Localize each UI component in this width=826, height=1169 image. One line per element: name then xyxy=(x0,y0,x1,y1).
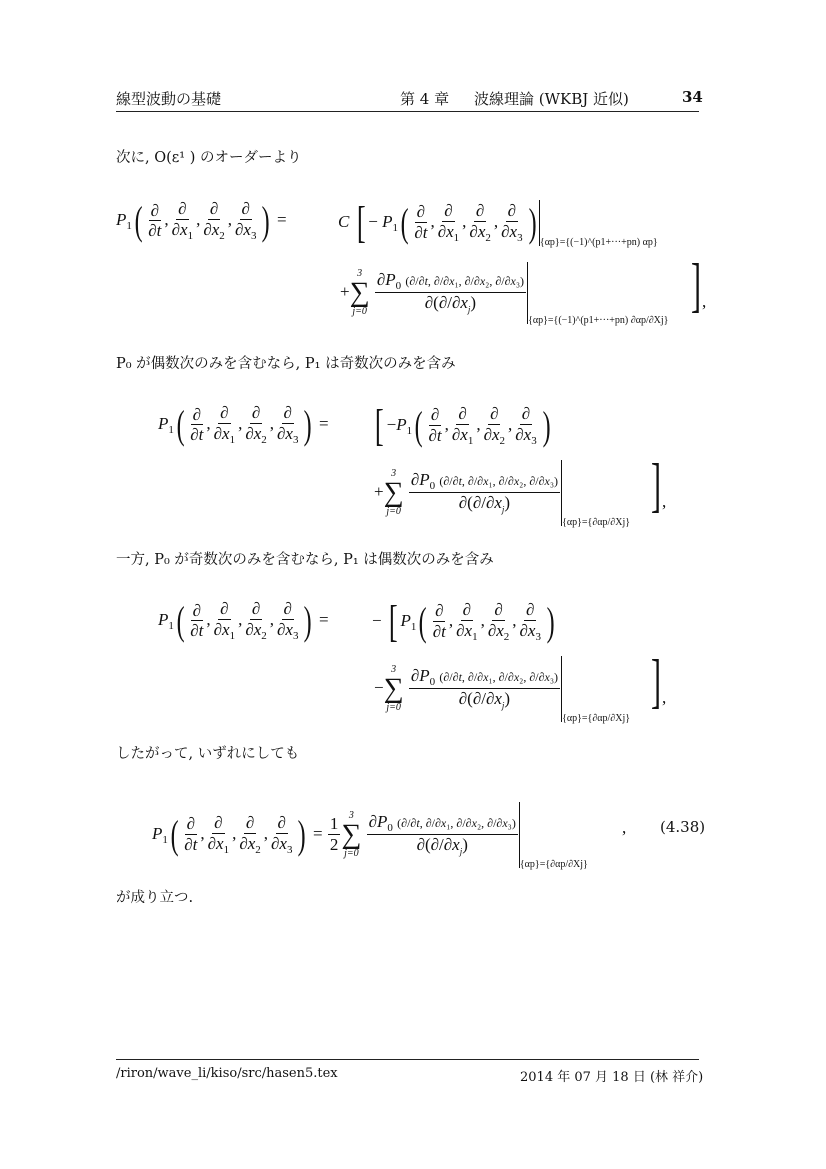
running-title: 線型波動の基礎 xyxy=(116,88,221,109)
equation-1-lhs: P1(∂∂t,∂∂x1,∂∂x2,∂∂x3) = xyxy=(116,200,287,242)
equation-number: (4.38) xyxy=(660,818,705,836)
header-rule xyxy=(116,111,699,112)
equation-3-line1: − [P1(∂∂t,∂∂x1,∂∂x2,∂∂x3) xyxy=(372,600,557,644)
paragraph-even-case: P₀ が偶数次のみを含むなら, P₁ は奇数次のみを含み xyxy=(116,352,456,373)
equation-4-comma: , xyxy=(622,818,626,838)
equation-3-lhs: P1(∂∂t,∂∂x1,∂∂x2,∂∂x3) = xyxy=(158,600,329,642)
paragraph-therefore: したがって, いずれにしても xyxy=(116,742,299,763)
equation-1-line1: C [− P1(∂∂t,∂∂x1,∂∂x2,∂∂x3){αp}={(−1)^(p… xyxy=(338,200,658,248)
equation-2-close-bracket: ] xyxy=(651,455,661,515)
equation-3-condition: {αp}={∂αp/∂Xj} xyxy=(562,713,630,724)
equation-1-comma: , xyxy=(702,292,706,312)
date-author: 2014 年 07 月 18 日 (林 祥介) xyxy=(520,1066,703,1085)
footer-rule xyxy=(116,1059,699,1060)
equation-2-line1: [−P1(∂∂t,∂∂x1,∂∂x2,∂∂x3) xyxy=(372,404,553,448)
chapter-title: 波線理論 (WKBJ 近似) xyxy=(474,88,629,109)
chapter-label: 第 4 章 xyxy=(400,88,449,109)
equation-2-lhs: P1(∂∂t,∂∂x1,∂∂x2,∂∂x3) = xyxy=(158,404,329,446)
equation-1-line2: +3∑j=0 ∂P0 (∂/∂t, ∂/∂x₁, ∂/∂x₂, ∂/∂x₃)∂(… xyxy=(340,262,668,326)
paragraph-odd-case: 一方, P₀ が奇数次のみを含むなら, P₁ は偶数次のみを含み xyxy=(116,548,494,569)
paragraph-intro: 次に, O(ε¹ ) のオーダーより xyxy=(116,146,301,167)
equation-1-condition-1: {αp}={(−1)^(p1+···+pn) αp} xyxy=(540,237,658,248)
equation-3-line2: −3∑j=0 ∂P0 (∂/∂t, ∂/∂x₁, ∂/∂x₂, ∂/∂x₃)∂(… xyxy=(374,656,630,724)
equation-1-close-bracket: ] xyxy=(691,255,701,315)
equation-2-comma: , xyxy=(662,492,666,512)
sum-lower: j=0 xyxy=(386,507,401,517)
chapter-number: 第 4 章 xyxy=(400,90,449,108)
sum-lower: j=0 xyxy=(352,307,367,317)
equation-1-condition-2: {αp}={(−1)^(p1+···+pn) ∂αp/∂Xj} xyxy=(528,315,668,326)
equation-2-condition: {αp}={∂αp/∂Xj} xyxy=(562,517,630,528)
sign: + xyxy=(340,282,350,301)
sign: − xyxy=(374,678,384,697)
paragraph-conclusion: が成り立つ. xyxy=(116,886,193,907)
equation-2-line2: +3∑j=0 ∂P0 (∂/∂t, ∂/∂x₁, ∂/∂x₂, ∂/∂x₃)∂(… xyxy=(374,460,630,528)
source-path: /riron/wave_li/kiso/src/hasen5.tex xyxy=(116,1066,338,1081)
equation-3-comma: , xyxy=(662,688,666,708)
equation-4-condition: {αp}={∂αp/∂Xj} xyxy=(520,859,588,870)
equation-4: P1(∂∂t,∂∂x1,∂∂x2,∂∂x3) = 123∑j=0 ∂P0 (∂/… xyxy=(152,802,588,870)
equation-3-close-bracket: ] xyxy=(651,651,661,711)
sum-lower: j=0 xyxy=(386,703,401,713)
sum-lower: j=0 xyxy=(344,849,359,859)
sign: + xyxy=(374,482,384,501)
page-number: 34 xyxy=(682,88,703,106)
